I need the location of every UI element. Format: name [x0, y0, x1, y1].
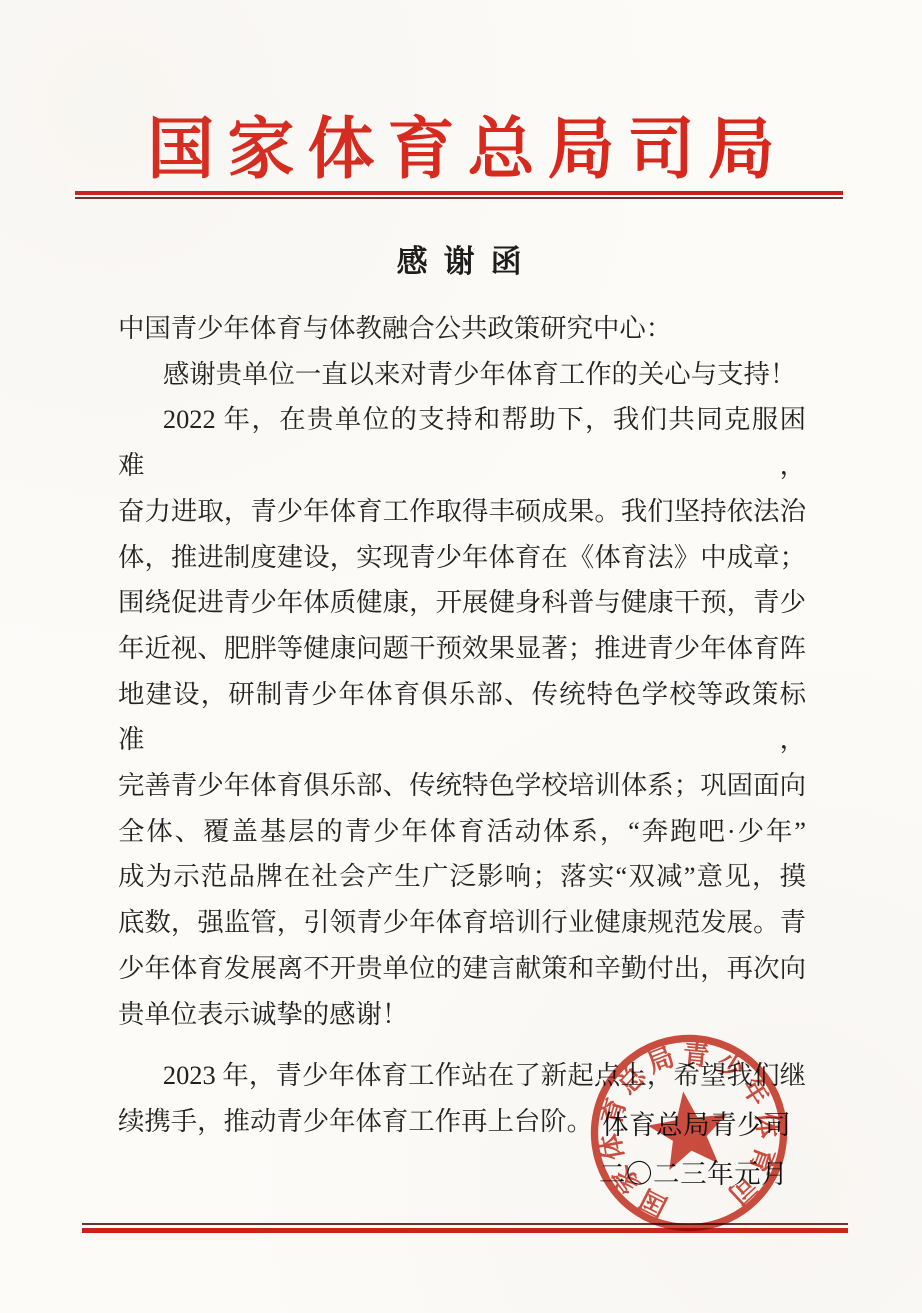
- letter-page: 国家体育总局司局 感 谢 函 中国青少年体育与体教融合公共政策研究中心：感谢贵单…: [0, 0, 922, 1313]
- body-line: 成为示范品牌在社会产生广泛影响；落实“双减”意见，摸: [118, 854, 806, 900]
- body-line: 地建设，研制青少年体育俱乐部、传统特色学校等政策标准，: [118, 672, 806, 763]
- body-line: 2022 年，在贵单位的支持和帮助下，我们共同克服困难，: [118, 397, 806, 488]
- header-rule: [75, 191, 843, 199]
- seal-arc-char: 青: [682, 1040, 711, 1071]
- official-seal: 国家体育总局青少年体育司: [570, 1014, 807, 1251]
- body-line: 围绕促进青少年体质健康，开展健身科普与健康干预，青少: [118, 580, 806, 626]
- letter-title: 感 谢 函: [0, 236, 922, 281]
- body-line: 少年体育发展离不开贵单位的建言献策和辛勤付出，再次向: [118, 946, 806, 992]
- body-line: 体，推进制度建设，实现青少年体育在《体育法》中成章；: [118, 535, 806, 581]
- star-icon: [644, 1086, 734, 1172]
- letter-body: 中国青少年体育与体教融合公共政策研究中心：感谢贵单位一直以来对青少年体育工作的关…: [118, 306, 806, 1145]
- seal-arc-char: 总: [611, 1060, 651, 1100]
- body-line: 感谢贵单位一直以来对青少年体育工作的关心与支持！: [118, 352, 806, 398]
- body-line: 年近视、肥胖等健康问题干预效果显著；推进青少年体育阵: [118, 626, 806, 672]
- body-line: 全体、覆盖基层的青少年体育活动体系，“奔跑吧·少年”: [118, 809, 806, 855]
- body-line: 完善青少年体育俱乐部、传统特色学校培训体系；巩固面向: [118, 763, 806, 809]
- header-rule-thick: [75, 191, 843, 195]
- body-line: 中国青少年体育与体教融合公共政策研究中心：: [118, 306, 806, 352]
- body-line: 底数，强监管，引领青少年体育培训行业健康规范发展。青: [118, 900, 806, 946]
- seal-arc-char: 体: [596, 1131, 629, 1163]
- header-rule-thin: [75, 197, 843, 199]
- body-line: 奋力进取，青少年体育工作取得丰硕成果。我们坚持依法治: [118, 489, 806, 535]
- letterhead-title: 国家体育总局司局: [0, 96, 922, 192]
- seal-arc-char: 体: [751, 1111, 783, 1141]
